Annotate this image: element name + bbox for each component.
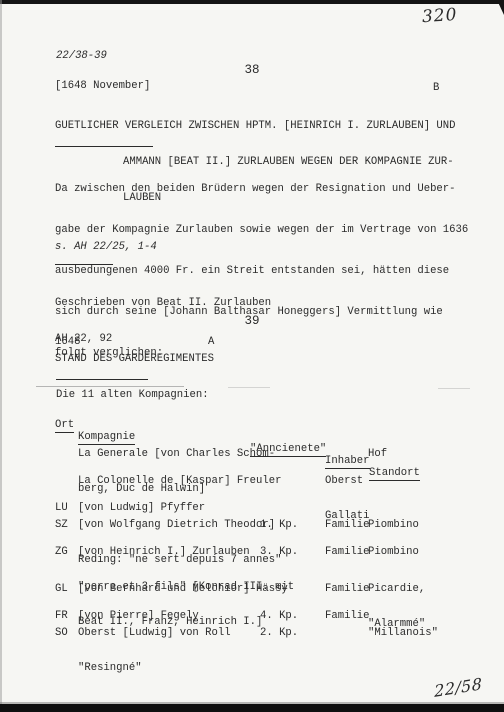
entry-38-title-line-1: GUETLICHER VERGLEICH ZWISCHEN HPTM. [HEI… [55,120,456,132]
scan-border-bottom [0,704,504,712]
cell-line: "Millanois" [368,628,438,639]
catalog-ref: 22/38-39 [56,50,107,62]
entry-38-body-line-2: gabe der Kompagnie Zurlauben sowie wegen… [55,222,468,239]
entry-39-title-rule [56,379,148,380]
handwritten-archive-number: 22/58 [434,674,482,701]
column-header-ort: Ort [55,419,74,433]
cell-line: 2. Kp. [260,628,298,639]
cell-inhaber: Familie [325,587,370,646]
cell-anncienete: 2. Kp. [260,604,298,663]
entry-38-footnote-line-1: Geschrieben von Beat II. Zurlauben [55,298,271,310]
entry-38-title-rule [55,146,153,147]
cell-line: Piombino [368,547,419,558]
cell-line: "Resingné" [78,663,231,674]
cell-line: Picardie, [368,584,425,595]
entry-39-date: 1648 [55,336,80,348]
handwritten-page-number: 320 [421,5,458,27]
cell-line: Familie [325,547,370,558]
entry-38-date: [1648 November] [55,80,150,92]
cell-standort: "Millanois" [368,604,438,663]
entry-38-series-letter: B [433,82,439,94]
cell-kompagnie: Oberst [Ludwig] von Roll "Resingné" [78,604,231,698]
scan-corner-notch [497,0,504,15]
cell-line: Oberst [325,476,370,487]
entry-38-source-ref: s. AH 22/25, 1-4 [55,241,157,253]
entry-38-body-line-1: Da zwischen den beiden Brüdern wegen der… [55,181,468,198]
entry-38-footnote-line-2: AH 22, 92 [55,334,271,346]
cell-line: Familie [325,611,370,622]
cell-line: 3. Kp. [260,547,298,558]
entry-39-number: 39 [0,315,504,327]
scanned-document-page: 320 22/58 22/38-39 38 [1648 November] B … [0,0,504,712]
entry-39-series-letter: A [208,336,214,348]
scan-edge-left [0,0,2,712]
scan-artifact-line [36,386,184,387]
scan-artifact-dash [438,388,470,389]
entry-39-list-heading: Die 11 alten Kompagnien: [56,389,209,401]
scan-border-top [0,0,504,4]
entry-38-footnote-rule [55,264,113,265]
scan-artifact-dash [228,387,270,388]
entry-39-title: STAND DES GARDEREGIMENTES [55,353,214,365]
cell-line: Hof [368,449,406,460]
entry-38-number: 38 [0,64,504,76]
cell-standort: Hof [368,425,406,484]
cell-line: Oberst [Ludwig] von Roll [78,628,231,639]
